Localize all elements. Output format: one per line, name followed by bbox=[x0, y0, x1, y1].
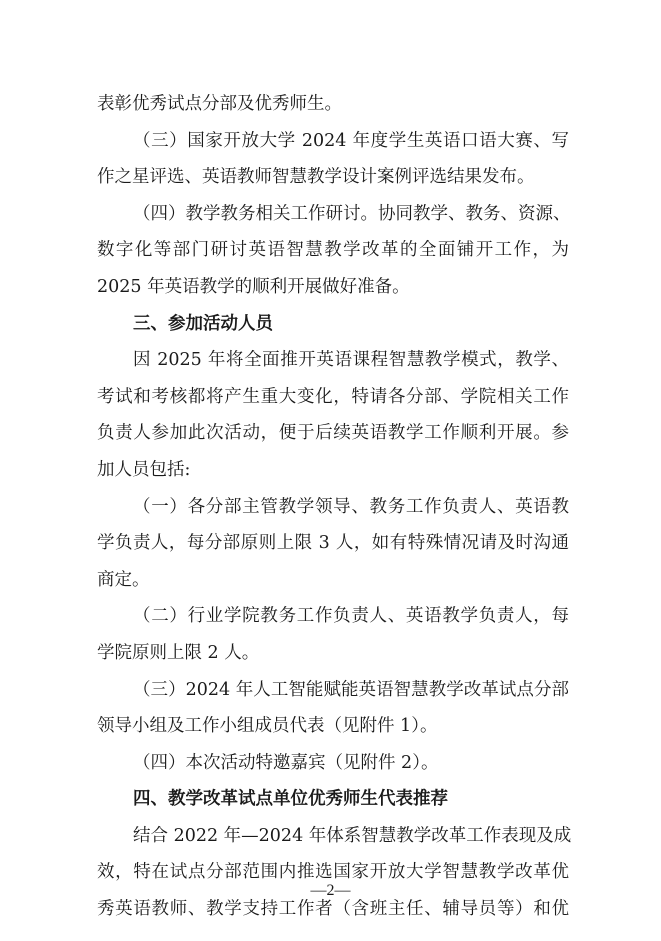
section-heading: 四、教学改革试点单位优秀师生代表推荐 bbox=[97, 781, 569, 818]
text-line: 学院原则上限 2 人。 bbox=[97, 635, 569, 672]
text-line: 商定。 bbox=[97, 562, 569, 599]
text-line: （三）2024 年人工智能赋能英语智慧教学改革试点分部 bbox=[97, 672, 569, 709]
page-number: —2— bbox=[0, 882, 661, 900]
text-line: 负责人参加此次活动，便于后续英语教学工作顺利开展。参 bbox=[97, 415, 569, 452]
text-line: 结合 2022 年—2024 年体系智慧教学改革工作表现及成 bbox=[97, 818, 569, 855]
text-line: 领导小组及工作小组成员代表（见附件 1）。 bbox=[97, 708, 569, 745]
text-line: 作之星评选、英语教师智慧教学设计案例评选结果发布。 bbox=[97, 159, 569, 196]
section-heading: 三、参加活动人员 bbox=[97, 306, 569, 343]
document-page: 表彰优秀试点分部及优秀师生。（三）国家开放大学 2024 年度学生英语口语大赛、… bbox=[97, 86, 569, 928]
text-line: （四）本次活动特邀嘉宾（见附件 2）。 bbox=[97, 745, 569, 782]
text-line: 考试和考核都将产生重大变化，特请各分部、学院相关工作 bbox=[97, 379, 569, 416]
text-line: 因 2025 年将全面推开英语课程智慧教学模式，教学、 bbox=[97, 342, 569, 379]
text-line: 2025 年英语教学的顺利开展做好准备。 bbox=[97, 269, 569, 306]
text-line: 学负责人，每分部原则上限 3 人，如有特殊情况请及时沟通 bbox=[97, 525, 569, 562]
document-body: 表彰优秀试点分部及优秀师生。（三）国家开放大学 2024 年度学生英语口语大赛、… bbox=[97, 86, 569, 928]
text-line: （一）各分部主管教学领导、教务工作负责人、英语教 bbox=[97, 489, 569, 526]
text-line: 加人员包括: bbox=[97, 452, 569, 489]
text-line: 表彰优秀试点分部及优秀师生。 bbox=[97, 86, 569, 123]
text-line: （四）教学教务相关工作研讨。协同教学、教务、资源、 bbox=[97, 196, 569, 233]
text-line: （二）行业学院教务工作负责人、英语教学负责人，每 bbox=[97, 598, 569, 635]
text-line: （三）国家开放大学 2024 年度学生英语口语大赛、写 bbox=[97, 123, 569, 160]
text-line: 数字化等部门研讨英语智慧教学改革的全面铺开工作，为 bbox=[97, 232, 569, 269]
